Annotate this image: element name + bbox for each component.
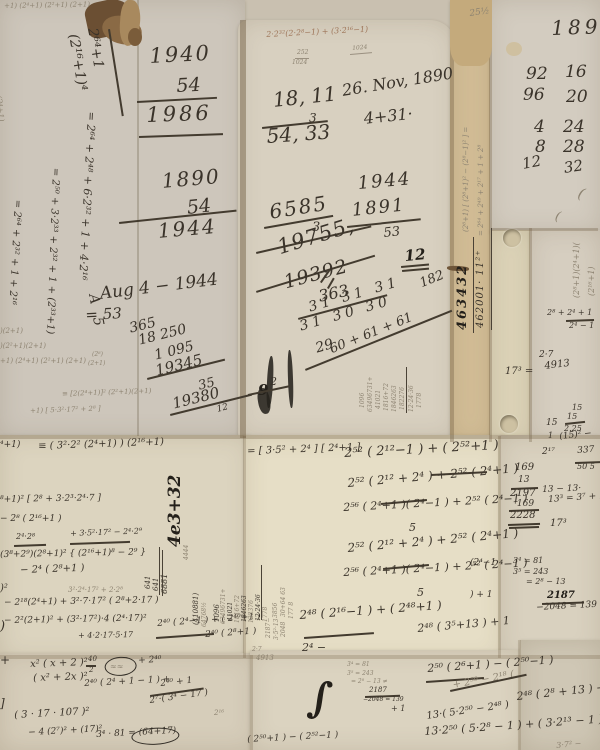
handwriting: 63496731+: [368, 376, 374, 412]
handwriting: 24: [563, 119, 585, 136]
handwriting: 2: [89, 667, 93, 674]
handwriting: 2048: [281, 622, 287, 637]
handwriting: 54: [176, 76, 201, 96]
handwriting: 1986: [146, 103, 212, 126]
handwriting: 50 5: [577, 463, 595, 471]
handwriting: 64768½: [202, 602, 208, 627]
handwriting: ⁸+1)² [ 2⁸ + 3·2³·2⁴·7 ]: [0, 494, 101, 505]
handwriting: (2⁸+1) [ (2⁸+1)² − (2⁸−1)² ] =: [463, 127, 470, 232]
handwriting: 641: [145, 576, 152, 589]
handwriting: 2228: [510, 511, 535, 521]
handwriting: = 2⁸ − 13: [526, 578, 566, 586]
handwriting: 5: [409, 522, 416, 533]
handwriting: 17³: [550, 519, 567, 529]
handwriting: − 2⁸ ( 2¹⁶+1 ): [0, 515, 62, 524]
paper-tan-strip: [450, 0, 492, 442]
handwriting: = 53: [85, 306, 122, 323]
handwriting: + 2⁴⁰: [138, 656, 162, 666]
handwriting: 5: [417, 587, 424, 598]
handwriting: 1778: [417, 393, 423, 408]
handwriting: 2: [270, 376, 277, 387]
handwriting: 1024: [292, 60, 307, 66]
handwriting: 1096: [360, 393, 366, 408]
paper-seam: [529, 228, 532, 442]
handwriting: )(2²+1)(2+1): [0, 343, 46, 350]
handwriting: 12: [404, 247, 426, 264]
ink-rule-vertical: [491, 228, 492, 330]
handwriting: )(2+1): [0, 328, 23, 335]
manuscript-collage: +1) (2⁴+1) (2²+1) (2+1)2⁶⁴+1(2¹⁶+1)⁴= 2⁶…: [0, 0, 600, 750]
handwriting: 15: [567, 413, 577, 421]
paper-seam: [243, 436, 246, 658]
handwriting: 12·24·36: [409, 385, 415, 412]
handwriting: 32: [563, 158, 584, 176]
handwriting: 40: [88, 656, 97, 663]
handwriting: (410881): [193, 593, 200, 625]
handwriting: (2+1): [88, 361, 105, 367]
handwriting: 2·7: [252, 647, 262, 653]
handwriting: 3⁴ = 81: [513, 557, 543, 565]
handwriting: 4913: [256, 655, 274, 662]
handwriting: 3⁴ = 81: [347, 662, 370, 668]
handwriting: 1816+72: [384, 383, 390, 411]
handwriting: 2⁴ −: [302, 642, 326, 653]
paper-stain: [128, 28, 142, 46]
handwriting: ): [0, 620, 5, 633]
handwriting: + 1: [391, 705, 405, 713]
handwriting: 12: [521, 154, 542, 172]
handwriting: 13: [518, 476, 529, 485]
handwriting: ]: [0, 697, 5, 709]
handwriting: 54, 33: [266, 122, 331, 146]
handwriting: 15: [572, 404, 582, 412]
handwriting: 2187: [369, 687, 387, 694]
handwriting: 2197: [510, 489, 535, 499]
handwriting: +1) (2⁴+1) (2²+1) (2+1): [4, 1, 90, 10]
handwriting: (2⁸+1)(2⁴+1)(: [573, 242, 581, 298]
handwriting: 1940: [149, 43, 211, 67]
handwriting: 16: [565, 64, 587, 81]
handwriting: ) + 1: [470, 591, 493, 600]
handwriting: = 2⁸ − 13 ≠: [351, 679, 388, 685]
handwriting: 2187−: [266, 618, 272, 638]
handwriting: +: [0, 654, 10, 666]
punch-hole: [503, 229, 521, 247]
handwriting: 20: [566, 89, 588, 106]
handwriting: 1891: [551, 16, 600, 38]
handwriting: 28: [563, 139, 585, 156]
handwriting: 462001· 11²⁺: [476, 249, 486, 328]
handwriting: 53: [383, 225, 401, 240]
handwriting: + 4·2·17·5·17: [78, 631, 133, 640]
ink-rule-vertical: [261, 565, 262, 620]
handwriting: ⁴+1): [0, 441, 20, 450]
handwriting: = 2⁶⁴ + 2⁴⁹ + 2¹⁷ + 1 + 2⁸: [478, 145, 485, 236]
handwriting: 3856: [273, 603, 279, 618]
paper-seam: [137, 0, 139, 436]
handwriting: 169: [515, 463, 534, 473]
punch-hole: [500, 415, 518, 433]
handwriting: 15: [546, 419, 557, 428]
handwriting: 96: [523, 87, 545, 104]
handwriting: 18, 11: [272, 83, 337, 110]
paper-seam: [489, 0, 492, 442]
handwriting: 92: [526, 66, 548, 83]
handwriting: ≈≈: [110, 663, 123, 671]
handwriting: ·169: [514, 500, 534, 509]
paper-punched-strip: [490, 230, 532, 442]
handwriting: 2¹⁶: [214, 710, 224, 717]
handwriting: 463432: [456, 264, 469, 330]
handwriting: x² ( x + 2 )²: [30, 658, 88, 670]
handwriting: (2⁸): [92, 352, 103, 358]
handwriting: 4444: [184, 545, 190, 560]
handwriting: 1: [548, 432, 553, 440]
paper-right-mid-page: [530, 230, 600, 442]
paper-seam: [240, 20, 246, 438]
handwriting: ∫: [306, 676, 335, 720]
handwriting: 1846263: [392, 385, 398, 412]
handwriting: (2⁴−1: [470, 559, 496, 568]
handwriting: 41021: [376, 390, 382, 409]
handwriting: 30+64 63: [281, 587, 287, 617]
paper-stain: [506, 42, 522, 56]
handwriting: 2·7: [539, 351, 553, 360]
handwriting: 4e3+32: [167, 475, 184, 547]
handwriting: 1890: [161, 166, 221, 191]
handwriting: +1) (2⁴+1) (2²+1) (2+1): [0, 358, 86, 365]
handwriting: 3²·2⁴·17² + 2·2⁸: [68, 587, 123, 594]
handwriting: )²: [0, 584, 8, 594]
handwriting: 4: [534, 119, 545, 136]
handwriting: 2⁴ − 1: [569, 322, 594, 330]
ink-rule-vertical: [162, 550, 163, 596]
handwriting: 3⁵ = 243: [513, 568, 548, 576]
handwriting: 2⁸ + 2⁴ + 1: [547, 309, 592, 317]
handwriting: 252: [297, 50, 308, 56]
handwriting: 1944: [157, 216, 217, 241]
handwriting: (2¹⁶+1): [588, 266, 596, 296]
handwriting: ( x² + 2x )²: [33, 672, 88, 684]
handwriting: 337: [577, 446, 595, 456]
ink-rule-vertical: [159, 547, 160, 595]
handwriting: 1944: [357, 170, 412, 193]
handwriting: 3⁵ = 243: [347, 671, 374, 677]
handwriting: 2187: [547, 591, 575, 601]
handwriting: 17³ =: [505, 367, 533, 377]
handwriting: 177 8: [289, 602, 295, 619]
handwriting: 2⁴·2⁸: [16, 533, 35, 541]
handwriting: −2048 = 139: [363, 697, 404, 703]
handwriting: 2¹⁷: [542, 448, 555, 457]
